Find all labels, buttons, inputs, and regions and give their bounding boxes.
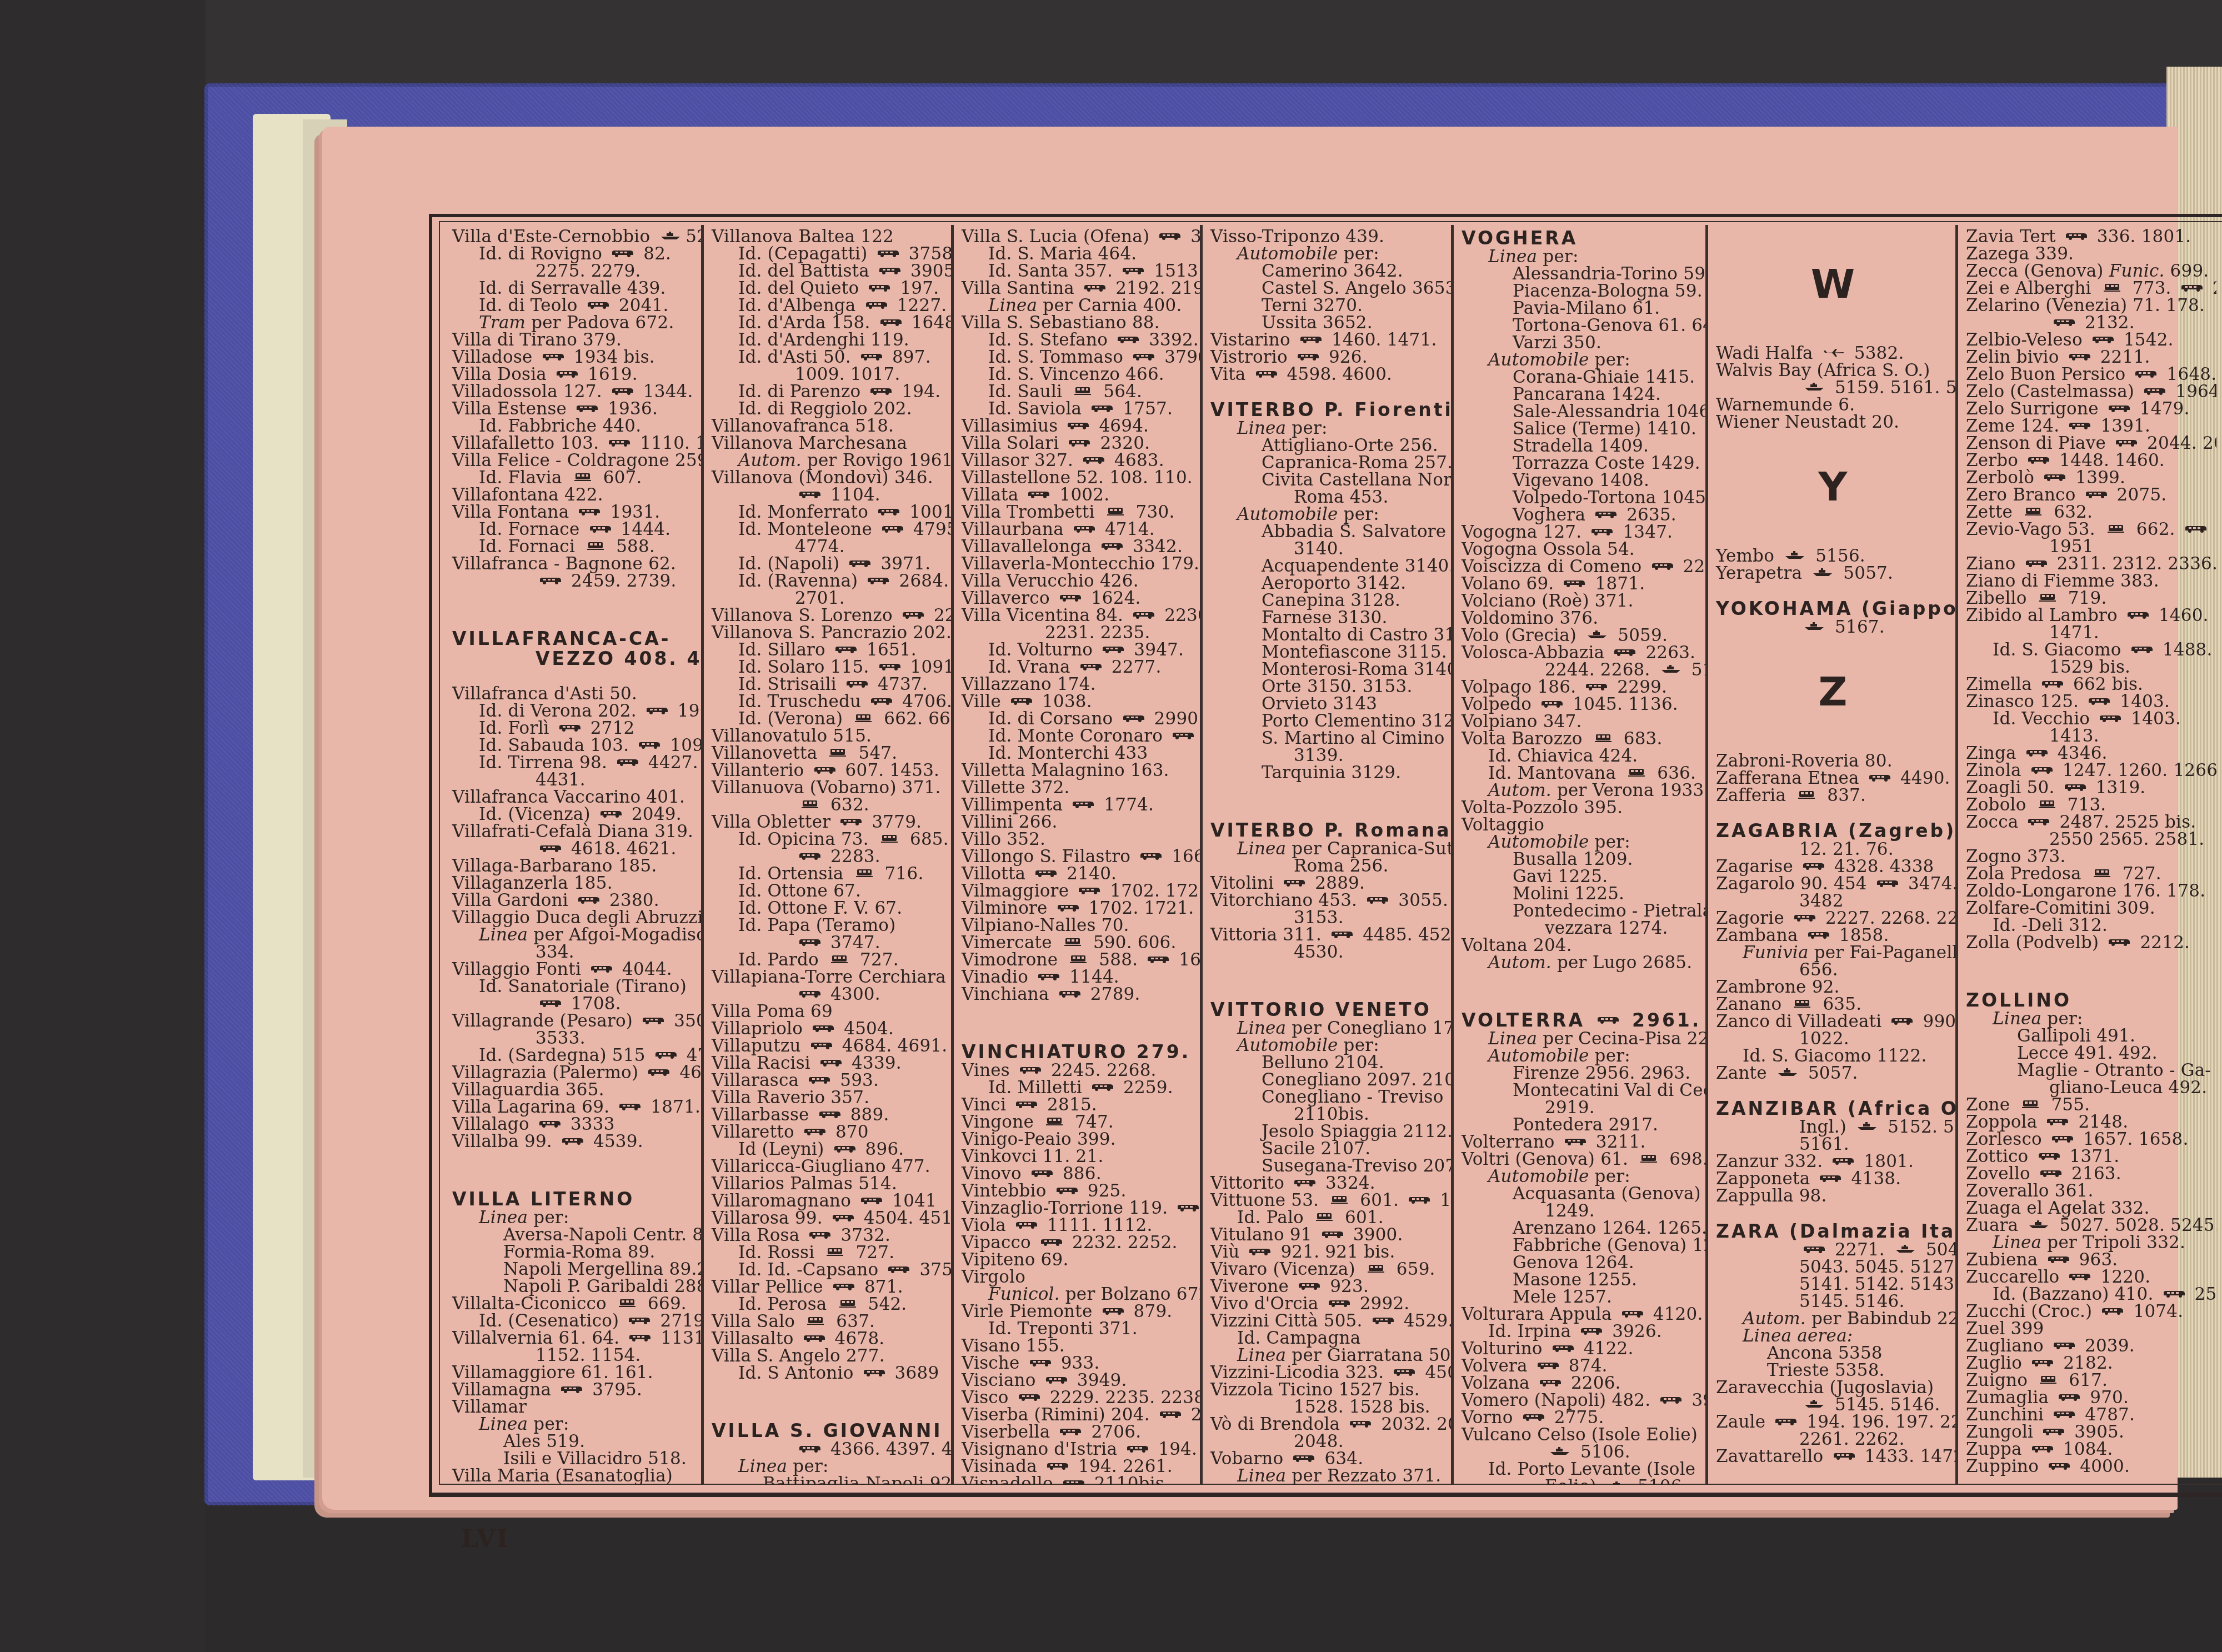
- index-entry: Zuigno 617.: [1966, 1372, 2211, 1389]
- index-entry: Volturino 4122.: [1462, 1340, 1700, 1358]
- index-entry: Villalta-Ciconicco 669.: [452, 1295, 695, 1313]
- index-entry: Mele 1257.: [1462, 1289, 1700, 1306]
- ship-icon: [1548, 1447, 1572, 1456]
- index-entry: Voltri (Genova) 61. 698.: [1462, 1151, 1700, 1168]
- index-entry: Montalto di Castro 3141.: [1210, 627, 1445, 644]
- bus-icon: [611, 387, 634, 396]
- index-entry: Voltana 204.: [1462, 937, 1700, 954]
- index-entry: Pontedecimo - Pietrala-: [1462, 903, 1700, 920]
- tram-icon: [1061, 938, 1084, 947]
- ship-icon: [1803, 622, 1826, 631]
- bus-icon: [1132, 352, 1155, 361]
- service-type-label: Linea: [479, 925, 528, 945]
- index-entry: Id. Monte Coronaro 3032.: [962, 728, 1194, 745]
- index-entry: Linea per:: [1966, 1010, 2211, 1028]
- station-heading: VEZZO 408. 409.: [452, 649, 695, 669]
- index-entry: Zazega 339.: [1966, 246, 2211, 263]
- index-entry: Zeme 124. 1391.: [1966, 418, 2211, 435]
- index-entry: Villanova Marchesana: [712, 435, 945, 452]
- background-desk: [0, 0, 2222, 89]
- bus-icon: [1585, 682, 1608, 691]
- index-entry: Villaretto 870: [712, 1124, 945, 1141]
- index-entry: 5043. 5045. 5127. 5136.: [1716, 1259, 1950, 1276]
- index-entry: Id. di Serravalle 439.: [452, 280, 695, 297]
- index-entry: Volpago 186. 2299.: [1462, 679, 1700, 696]
- index-entry: Arenzano 1264. 1265.: [1462, 1220, 1700, 1237]
- index-entry: Volta-Pozzolo 395.: [1462, 799, 1700, 817]
- bus-icon: [798, 490, 822, 499]
- bus-icon: [2027, 455, 2050, 464]
- bus-icon: [1293, 1178, 1317, 1187]
- index-entry: Vizzini Città 505. 4529.: [1210, 1313, 1445, 1330]
- bus-icon: [2130, 645, 2154, 654]
- index-entry: Linea per:: [452, 1209, 695, 1227]
- index-entry: Terni 3270.: [1210, 297, 1445, 314]
- tram-icon: [2104, 524, 2128, 533]
- bus-icon: [1159, 1410, 1182, 1419]
- index-entry: 1152. 1154.: [452, 1347, 695, 1364]
- index-entry: Wadi Halfa 5382.: [1716, 345, 1950, 362]
- index-entry: Villarosa 99. 4504. 4514.: [712, 1210, 945, 1227]
- index-entry: Molini 1225.: [1462, 885, 1700, 903]
- bus-icon: [1122, 266, 1145, 275]
- index-entry: Villasor 327. 4683.: [962, 452, 1194, 469]
- index-entry: Id. S. Giacomo 1488.: [1966, 642, 2211, 659]
- index-entry: Linea per Afgoi-Mogadiscio: [452, 927, 695, 944]
- index-entry: Zolla (Podvelb) 2212.: [1966, 934, 2211, 952]
- index-entry: 2261. 2262.: [1716, 1431, 1950, 1448]
- bus-icon: [1793, 913, 1816, 922]
- index-entry: Id. Ortensia 716.: [712, 865, 945, 883]
- index-entry: Villaverco 1624.: [962, 590, 1194, 607]
- section-letter: W: [1716, 262, 1950, 306]
- bus-icon: [2025, 559, 2048, 568]
- bus-icon: [1083, 283, 1107, 292]
- index-entry: Id. Papa (Teramo): [712, 917, 945, 934]
- index-entry: 2275. 2279.: [452, 263, 695, 280]
- index-entry: Pancarana 1424.: [1462, 386, 1700, 403]
- bus-icon: [590, 964, 613, 973]
- index-entry: Vitulano 91 3900.: [1210, 1227, 1445, 1244]
- index-entry: Id. d'Ardenghi 119.: [712, 332, 945, 349]
- service-type-label: Linea: [1237, 1466, 1286, 1485]
- index-entry: Zabroni-Roveria 80.: [1716, 753, 1950, 770]
- index-entry: 1022.: [1716, 1030, 1950, 1048]
- ship-icon: [1855, 1122, 1879, 1131]
- bus-icon: [1833, 1451, 1856, 1460]
- index-entry: Zevio-Vago 53. 662. 1942.: [1966, 521, 2211, 538]
- index-entry: Zagarolo 90. 454 3474.: [1716, 875, 1950, 893]
- bus-icon: [2041, 679, 2064, 688]
- bus-icon: [798, 938, 822, 947]
- index-entry: Villaganzerla 185.: [452, 875, 695, 892]
- tram-icon: [1790, 999, 1814, 1008]
- index-entry: 3139.: [1210, 747, 1445, 764]
- index-entry: Villamagna 3795.: [452, 1381, 695, 1399]
- index-entry: Villa Solari 2320.: [962, 435, 1194, 452]
- bus-icon: [2184, 524, 2208, 533]
- bus-icon: [1330, 930, 1354, 939]
- index-entry: Autom. per Lugo 2685.: [1462, 954, 1700, 972]
- tram-icon: [615, 1299, 639, 1308]
- bus-icon: [2068, 352, 2091, 361]
- index-entry: Vistarino 1460. 1471.: [1210, 332, 1445, 349]
- bus-icon: [798, 989, 822, 998]
- index-entry: Vinadio 1144.: [962, 969, 1194, 986]
- tram-icon: [2100, 283, 2124, 292]
- index-entry: Ales 519.: [452, 1433, 695, 1450]
- index-entry: Villette 372.: [962, 779, 1194, 797]
- index-entry: Zelarino (Venezia) 71. 178.: [1966, 297, 2211, 314]
- station-heading: VITTORIO VENETO: [1210, 1000, 1445, 1020]
- index-entry: Zaule 194. 196. 197. 2246.: [1716, 1414, 1950, 1431]
- bus-icon: [1831, 1157, 1855, 1165]
- bus-icon: [1030, 1169, 1054, 1178]
- bus-icon: [878, 266, 902, 275]
- index-entry: Ziano di Fiemme 383.: [1966, 573, 2211, 590]
- index-entry: 5141. 5142. 5143. 5144.: [1716, 1276, 1950, 1293]
- index-entry: Linea per Giarratana 505.: [1210, 1347, 1445, 1364]
- bus-icon: [2039, 1169, 2063, 1178]
- bus-icon: [1072, 800, 1095, 809]
- bus-icon: [2038, 1152, 2061, 1160]
- index-entry: 2271. 5041. 5042.: [1716, 1241, 1950, 1259]
- bus-icon: [1082, 455, 1105, 464]
- index-entry: Id. (Ravenna) 2684.: [712, 573, 945, 590]
- index-entry: Id. Vecchio 1403.: [1966, 710, 2211, 728]
- index-entry: Id. Monteleone 4795.: [712, 521, 945, 538]
- bus-icon: [608, 438, 631, 447]
- bus-icon: [2043, 473, 2066, 482]
- index-entry: Viserba (Rimini) 204. 2706.: [962, 1406, 1194, 1424]
- index-entry: Villanova Baltea 122: [712, 228, 945, 246]
- index-entry: Id. (Verona) 662. 664.: [712, 710, 945, 728]
- index-entry: Linea aerea:: [1716, 1328, 1950, 1345]
- bus-icon: [1328, 1299, 1351, 1308]
- tram-icon: [1328, 1195, 1351, 1204]
- index-entry: Volciano (Roè) 371.: [1462, 593, 1700, 610]
- index-entry: Conegliano 2097. 2104.: [1210, 1072, 1445, 1089]
- tram-icon: [1592, 734, 1615, 743]
- index-entry: Zelo (Castelmassa) 1964.: [1966, 383, 2211, 401]
- tram-icon: [584, 542, 607, 550]
- bus-icon: [1522, 1413, 1545, 1421]
- section-letter: Y: [1716, 464, 1950, 509]
- index-entry: Id. (Cesenatico) 2719.: [452, 1313, 695, 1330]
- index-entry: Torrazza Coste 1429.: [1462, 455, 1700, 472]
- bus-icon: [2065, 232, 2088, 241]
- index-entry: Id. Vrana 2277.: [962, 659, 1194, 676]
- ship-icon: [1585, 630, 1609, 639]
- index-entry: Id. di Reggiolo 202.: [712, 401, 945, 418]
- index-entry: Villa Felice - Coldragone 259.: [452, 452, 695, 469]
- index-entry: Vizzini-Licodia 323. 4501.: [1210, 1364, 1445, 1381]
- index-entry: Villavallelonga 3342.: [962, 538, 1194, 555]
- station-heading: VINCHIATURO 279. 280.: [962, 1042, 1194, 1062]
- bus-icon: [645, 706, 669, 715]
- page-number: LVI: [461, 1525, 509, 1553]
- index-entry: Villaguardia 365.: [452, 1082, 695, 1099]
- bus-icon: [589, 524, 612, 533]
- index-entry: Zerbolò 1399.: [1966, 469, 2211, 487]
- index-entry: Villimpenta 1774.: [962, 797, 1194, 814]
- index-entry: Zavia Tert 336. 1801.: [1966, 228, 2211, 246]
- index-entry: Id. Irpina 3926.: [1462, 1323, 1700, 1340]
- bus-icon: [1172, 731, 1195, 740]
- index-entry: Visano 155.: [962, 1338, 1194, 1355]
- index-entry: Ancona 5358: [1716, 1345, 1950, 1362]
- bus-icon: [616, 758, 639, 767]
- index-entry: Visco 2229. 2235. 2238.: [962, 1389, 1194, 1406]
- index-entry: Vò di Brendola 2032. 2041.: [1210, 1416, 1445, 1433]
- index-entry: Id. d'Arda 158. 1648.: [712, 314, 945, 332]
- index-entry: Villaverla-Montecchio 179.: [962, 555, 1194, 573]
- index-entry: Villa Gardoni 2380.: [452, 892, 695, 909]
- index-entry: Id. S. Giacomo 1122.: [1716, 1048, 1950, 1065]
- index-entry: S. Martino al Cimino: [1210, 730, 1445, 747]
- index-entry: Id. del Quieto 197.: [712, 280, 945, 297]
- index-entry: Villini 266.: [962, 814, 1194, 831]
- bus-icon: [1059, 1427, 1082, 1436]
- index-entry: 4618. 4621.: [452, 840, 695, 858]
- index-column-7: Zavia Tert 336. 1801.Zazega 339.Zecca (G…: [1955, 225, 2216, 1485]
- index-entry: Zuaga el Agelat 332.: [1966, 1200, 2211, 1217]
- bus-icon: [1321, 1230, 1344, 1239]
- index-entry: Id. di Verona 202. 1906: [452, 703, 695, 720]
- index-entry: Villaurbana 4714.: [962, 521, 1194, 538]
- bus-icon: [865, 301, 888, 309]
- index-entry: Id. Campagna: [1210, 1330, 1445, 1347]
- bus-icon: [1010, 697, 1033, 705]
- index-entry: Canepina 3128.: [1210, 592, 1445, 609]
- bus-icon: [2053, 1341, 2076, 1350]
- index-entry: Vinzaglio-Torrione 119. 1380.: [962, 1200, 1194, 1217]
- tram-icon: [798, 800, 822, 809]
- bus-icon: [1102, 1306, 1125, 1315]
- index-entry: 3482: [1716, 893, 1950, 910]
- ship-icon: [1783, 551, 1806, 560]
- index-entry: Montefiascone 3115. 3140.: [1210, 644, 1445, 661]
- index-entry: Automobile per:: [1462, 352, 1700, 369]
- bus-icon: [2126, 610, 2150, 619]
- index-entry: Volpedo 1045. 1136.: [1462, 696, 1700, 713]
- bus-icon: [1651, 562, 1674, 570]
- bus-icon: [2064, 783, 2087, 792]
- index-entry: Visnadello 2110bis.: [962, 1475, 1194, 1485]
- tram-icon: [2035, 800, 2059, 809]
- bus-icon: [1876, 879, 1899, 888]
- bus-icon: [2048, 1461, 2071, 1470]
- tram-icon: [1364, 1264, 1388, 1273]
- index-entry: Funivia per Fai-Paganella: [1716, 944, 1950, 962]
- tram-icon: [2036, 593, 2059, 602]
- bus-icon: [813, 765, 837, 774]
- index-entry: Zaravecchia (Jugoslavia): [1716, 1379, 1950, 1396]
- bus-icon: [1073, 524, 1096, 533]
- index-entry: Volpedo-Tortona 1045.: [1462, 489, 1700, 507]
- bus-icon: [1147, 955, 1170, 964]
- bus-icon: [1117, 335, 1140, 344]
- index-entry: Montecatini Val di Cecina: [1462, 1082, 1700, 1099]
- index-entry: Id. Tirrena 98. 4427.: [452, 754, 695, 772]
- station-heading: VOGHERA: [1462, 228, 1700, 248]
- bus-icon: [1132, 610, 1155, 619]
- index-entry: Villa Raverio 357.: [712, 1089, 945, 1107]
- index-entry: Zambana 1858.: [1716, 927, 1950, 944]
- index-entry: 2048.: [1210, 1433, 1445, 1450]
- bus-icon: [2046, 1117, 2069, 1126]
- index-entry: Zavattarello 1433. 1472.: [1716, 1448, 1950, 1465]
- bus-icon: [1868, 773, 1891, 782]
- index-entry: Genova 1264.: [1462, 1254, 1700, 1271]
- index-entry: Yembo 5156.: [1716, 548, 1950, 565]
- index-entry: Id. Solaro 115. 1091.: [712, 659, 945, 676]
- index-column-5: VOGHERALinea per:Alessandria-Torino 59.P…: [1451, 225, 1705, 1485]
- index-entry: Zocca 2487. 2525 bis.: [1966, 814, 2211, 831]
- index-entry: Orvieto 3143: [1210, 695, 1445, 713]
- bus-icon: [1659, 1395, 1683, 1404]
- index-entry: Acquapendente 3140.: [1210, 558, 1445, 575]
- plane-icon: [1822, 348, 1845, 357]
- bus-icon: [867, 576, 890, 585]
- bus-icon: [560, 1385, 583, 1394]
- bus-icon: [879, 318, 903, 327]
- index-entry: Zuppa 1084.: [1966, 1441, 2211, 1458]
- index-entry: Linea per:: [1462, 248, 1700, 266]
- index-entry: Vimercate 590. 606.: [962, 934, 1194, 952]
- index-entry: Vistrorio 926.: [1210, 349, 1445, 366]
- bus-icon: [1018, 1393, 1041, 1401]
- index-entry: 3747.: [712, 934, 945, 952]
- index-entry: Villafrati-Cefalà Diana 319.: [452, 823, 695, 840]
- index-entry: Id. Id. -Capsano 3751.: [712, 1261, 945, 1279]
- index-entry: Linea per Conegliano 177.: [1210, 1020, 1445, 1037]
- index-entry: Villagrande (Pesaro) 3503.: [452, 1013, 695, 1030]
- index-entry: Zelbio-Veleso 1542.: [1966, 332, 2211, 349]
- bus-icon: [1079, 662, 1103, 671]
- index-entry: Vittuone 53. 601. 1497.: [1210, 1192, 1445, 1209]
- index-entry: Autom. per Rovigo 1961.: [712, 452, 945, 469]
- index-entry: Ziano 2311. 2312. 2336.: [1966, 555, 2211, 573]
- index-column-6: WWadi Halfa 5382.Walvis Bay (Africa S. O…: [1705, 225, 1955, 1485]
- index-entry: 5167.: [1716, 619, 1950, 636]
- index-entry: Villalvernia 61. 64. 1131.: [452, 1330, 695, 1347]
- index-entry: Id. Ottone F. V. 67.: [712, 900, 945, 917]
- bus-icon: [2085, 490, 2108, 499]
- index-entry: Villongo S. Filastro 1669.: [962, 848, 1194, 865]
- index-entry: Id. (Sardegna) 515 4729: [452, 1047, 695, 1064]
- bus-icon: [808, 1230, 832, 1239]
- bus-icon: [2058, 1393, 2081, 1401]
- ship-icon: [1605, 1481, 1629, 1485]
- index-entry: Villa di Tirano 379.: [452, 332, 695, 349]
- index-entry: Vittoria 311. 4485. 4529.: [1210, 927, 1445, 944]
- index-entry: Villanovatulo 515.: [712, 728, 945, 745]
- index-entry: Autom. per Verona 1933.: [1462, 782, 1700, 799]
- index-entry: Id. Santa 357. 1513.: [962, 263, 1194, 280]
- bus-icon: [1027, 490, 1050, 499]
- bus-icon: [2180, 283, 2204, 292]
- index-entry: Vingone 747.: [962, 1114, 1194, 1131]
- index-entry: Villo 352.: [962, 831, 1194, 848]
- index-entry: Zoldo-Longarone 176. 178.: [1966, 883, 2211, 900]
- bus-icon: [1298, 1281, 1321, 1290]
- index-entry: Vogogna 127. 1347.: [1462, 524, 1700, 541]
- index-entry: Linea per Carnia 400.: [962, 297, 1194, 314]
- index-entry: Masone 1255.: [1462, 1271, 1700, 1289]
- index-entry: Battipaglia-Napoli 92.: [712, 1475, 945, 1485]
- index-entry: Viverone 923.: [1210, 1278, 1445, 1295]
- index-entry: Zette 632.: [1966, 504, 2211, 521]
- index-entry: Villazzano 174.: [962, 676, 1194, 693]
- index-entry: Zuppino 4000.: [1966, 1458, 2211, 1475]
- index-entry: Id. Fornaci 588.: [452, 538, 695, 555]
- bus-icon: [818, 1110, 842, 1119]
- index-entry: 3140.: [1210, 540, 1445, 558]
- index-entry: Villa d'Este-Cernobbio 521.: [452, 228, 695, 246]
- bus-icon: [654, 1050, 678, 1059]
- bus-icon: [2101, 1306, 2124, 1315]
- index-entry: Voiscizza di Comeno 2217.: [1462, 558, 1700, 575]
- bus-icon: [2115, 438, 2138, 447]
- index-entry: Warnemunde 6.: [1716, 397, 1950, 414]
- index-entry: Vische 933.: [962, 1355, 1194, 1372]
- index-entry: Villapriolo 4504.: [712, 1020, 945, 1038]
- bus-icon: [2143, 387, 2166, 396]
- service-type-label: Linea: [1237, 839, 1286, 859]
- tram-icon: [878, 834, 901, 843]
- bus-icon: [1552, 1344, 1575, 1353]
- bus-icon: [2134, 369, 2158, 378]
- bus-icon: [832, 1213, 855, 1222]
- index-entry: Volvera 874.: [1462, 1358, 1700, 1375]
- tram-icon: [1637, 1154, 1660, 1163]
- bus-icon: [628, 1333, 652, 1342]
- index-entry: Id. di Teolo 2041.: [452, 297, 695, 314]
- index-entry: Linea per Rezzato 371.: [1210, 1468, 1445, 1485]
- index-entry: 2550 2565. 2581.: [1966, 831, 2211, 848]
- index-entry: Zoverallo 361.: [1966, 1183, 2211, 1200]
- bus-icon: [2163, 1289, 2186, 1298]
- index-entry: Villaricca-Giugliano 477.: [712, 1158, 945, 1175]
- index-entry: Id. Fornace 1444.: [452, 521, 695, 538]
- bus-icon: [618, 1102, 642, 1111]
- bus-icon: [1126, 1444, 1149, 1453]
- bus-icon: [1580, 1326, 1603, 1335]
- bus-icon: [647, 1068, 670, 1077]
- index-entry: Wiener Neustadt 20.: [1716, 414, 1950, 431]
- index-entry: Volterrano 3211.: [1462, 1134, 1700, 1151]
- index-entry: Id. Mantovana 636.: [1462, 765, 1700, 782]
- tram-icon: [571, 473, 594, 482]
- index-entry: Viola 1111. 1112.: [962, 1217, 1194, 1234]
- index-entry: vezzara 1274.: [1462, 920, 1700, 937]
- bus-icon: [839, 817, 863, 826]
- index-entry: Ussita 3652.: [1210, 314, 1445, 332]
- station-heading: ZANZIBAR (Africa Or.: [1716, 1099, 1950, 1119]
- index-entry: Automobile per:: [1210, 506, 1445, 523]
- index-entry: Voltaggio: [1462, 817, 1700, 834]
- index-entry: Busalla 1209.: [1462, 851, 1700, 868]
- bus-icon: [1621, 1309, 1644, 1318]
- bus-icon: [1158, 232, 1182, 241]
- bus-icon: [1045, 1375, 1068, 1384]
- index-entry: 2459. 2739.: [452, 573, 695, 590]
- bus-icon: [2091, 335, 2115, 344]
- index-entry: Pontedera 2917.: [1462, 1117, 1700, 1134]
- index-entry: 1951: [1966, 538, 2211, 555]
- bus-icon: [1078, 886, 1101, 895]
